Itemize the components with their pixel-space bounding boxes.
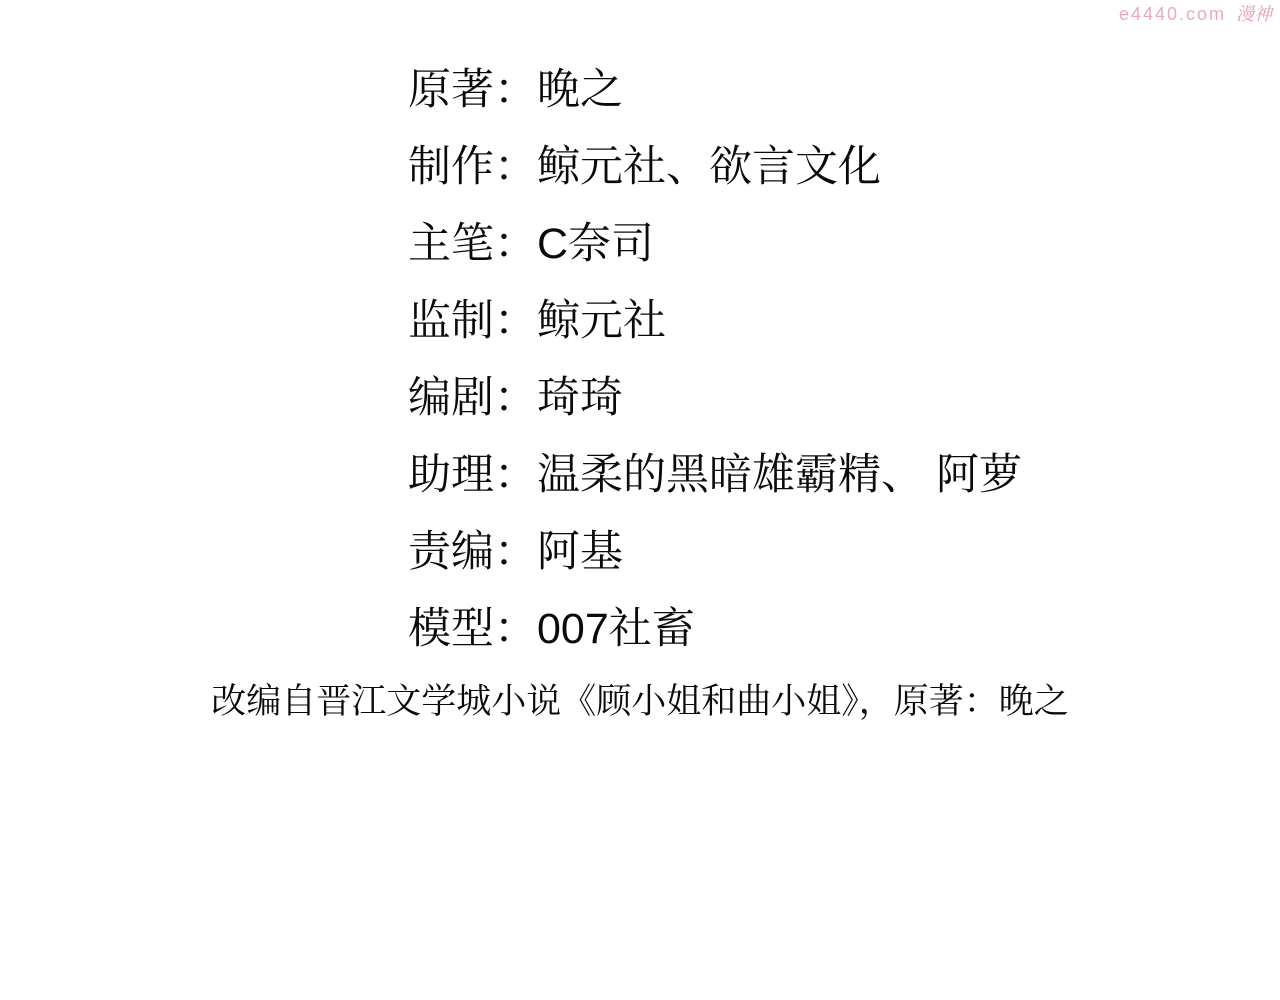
- credit-line-screenwriter: 编剧：琦琦: [408, 360, 1022, 437]
- credit-value: 晚之: [537, 66, 623, 114]
- credit-label: 监制: [408, 297, 494, 345]
- credit-colon: ：: [494, 66, 537, 114]
- credit-colon: ：: [494, 220, 537, 268]
- credits-block: 原著：晚之 制作：鲸元社、欲言文化 主笔：C奈司 监制：鲸元社 编剧：琦琦 助理…: [408, 52, 1022, 668]
- credit-line-assistant: 助理：温柔的黑暗雄霸精、 阿萝: [408, 437, 1022, 514]
- credit-line-production: 制作：鲸元社、欲言文化: [408, 129, 1022, 206]
- credit-value: 007社畜: [537, 605, 695, 653]
- credit-line-editor: 责编：阿基: [408, 514, 1022, 591]
- credit-label: 责编: [408, 528, 494, 576]
- credit-label: 制作: [408, 143, 494, 191]
- credit-value: 鲸元社、欲言文化: [537, 143, 881, 191]
- credit-value: 鲸元社: [537, 297, 666, 345]
- credit-line-original-author: 原著：晚之: [408, 52, 1022, 129]
- credit-label: 原著: [408, 66, 494, 114]
- credit-colon: ：: [494, 297, 537, 345]
- credit-label: 模型: [408, 605, 494, 653]
- watermark-url: e4440.com: [1119, 3, 1226, 25]
- credit-value: C奈司: [537, 220, 654, 268]
- credit-line-model: 模型：007社畜: [408, 591, 1022, 668]
- credit-value: 琦琦: [537, 374, 623, 422]
- site-watermark: e4440.com 漫神: [1119, 3, 1272, 25]
- credit-colon: ：: [494, 528, 537, 576]
- credit-label: 主笔: [408, 220, 494, 268]
- credit-line-lead-artist: 主笔：C奈司: [408, 206, 1022, 283]
- credit-label: 助理: [408, 451, 494, 499]
- credit-line-supervisor: 监制：鲸元社: [408, 283, 1022, 360]
- credit-colon: ：: [494, 451, 537, 499]
- credit-value: 温柔的黑暗雄霸精、 阿萝: [537, 451, 1022, 499]
- credit-colon: ：: [494, 143, 537, 191]
- adaptation-note: 改编自晋江文学城小说《顾小姐和曲小姐》，原著：晚之: [0, 681, 1280, 723]
- credit-colon: ：: [494, 605, 537, 653]
- credit-label: 编剧: [408, 374, 494, 422]
- watermark-brand: 漫神: [1236, 3, 1272, 25]
- credit-colon: ：: [494, 374, 537, 422]
- credit-value: 阿基: [537, 528, 623, 576]
